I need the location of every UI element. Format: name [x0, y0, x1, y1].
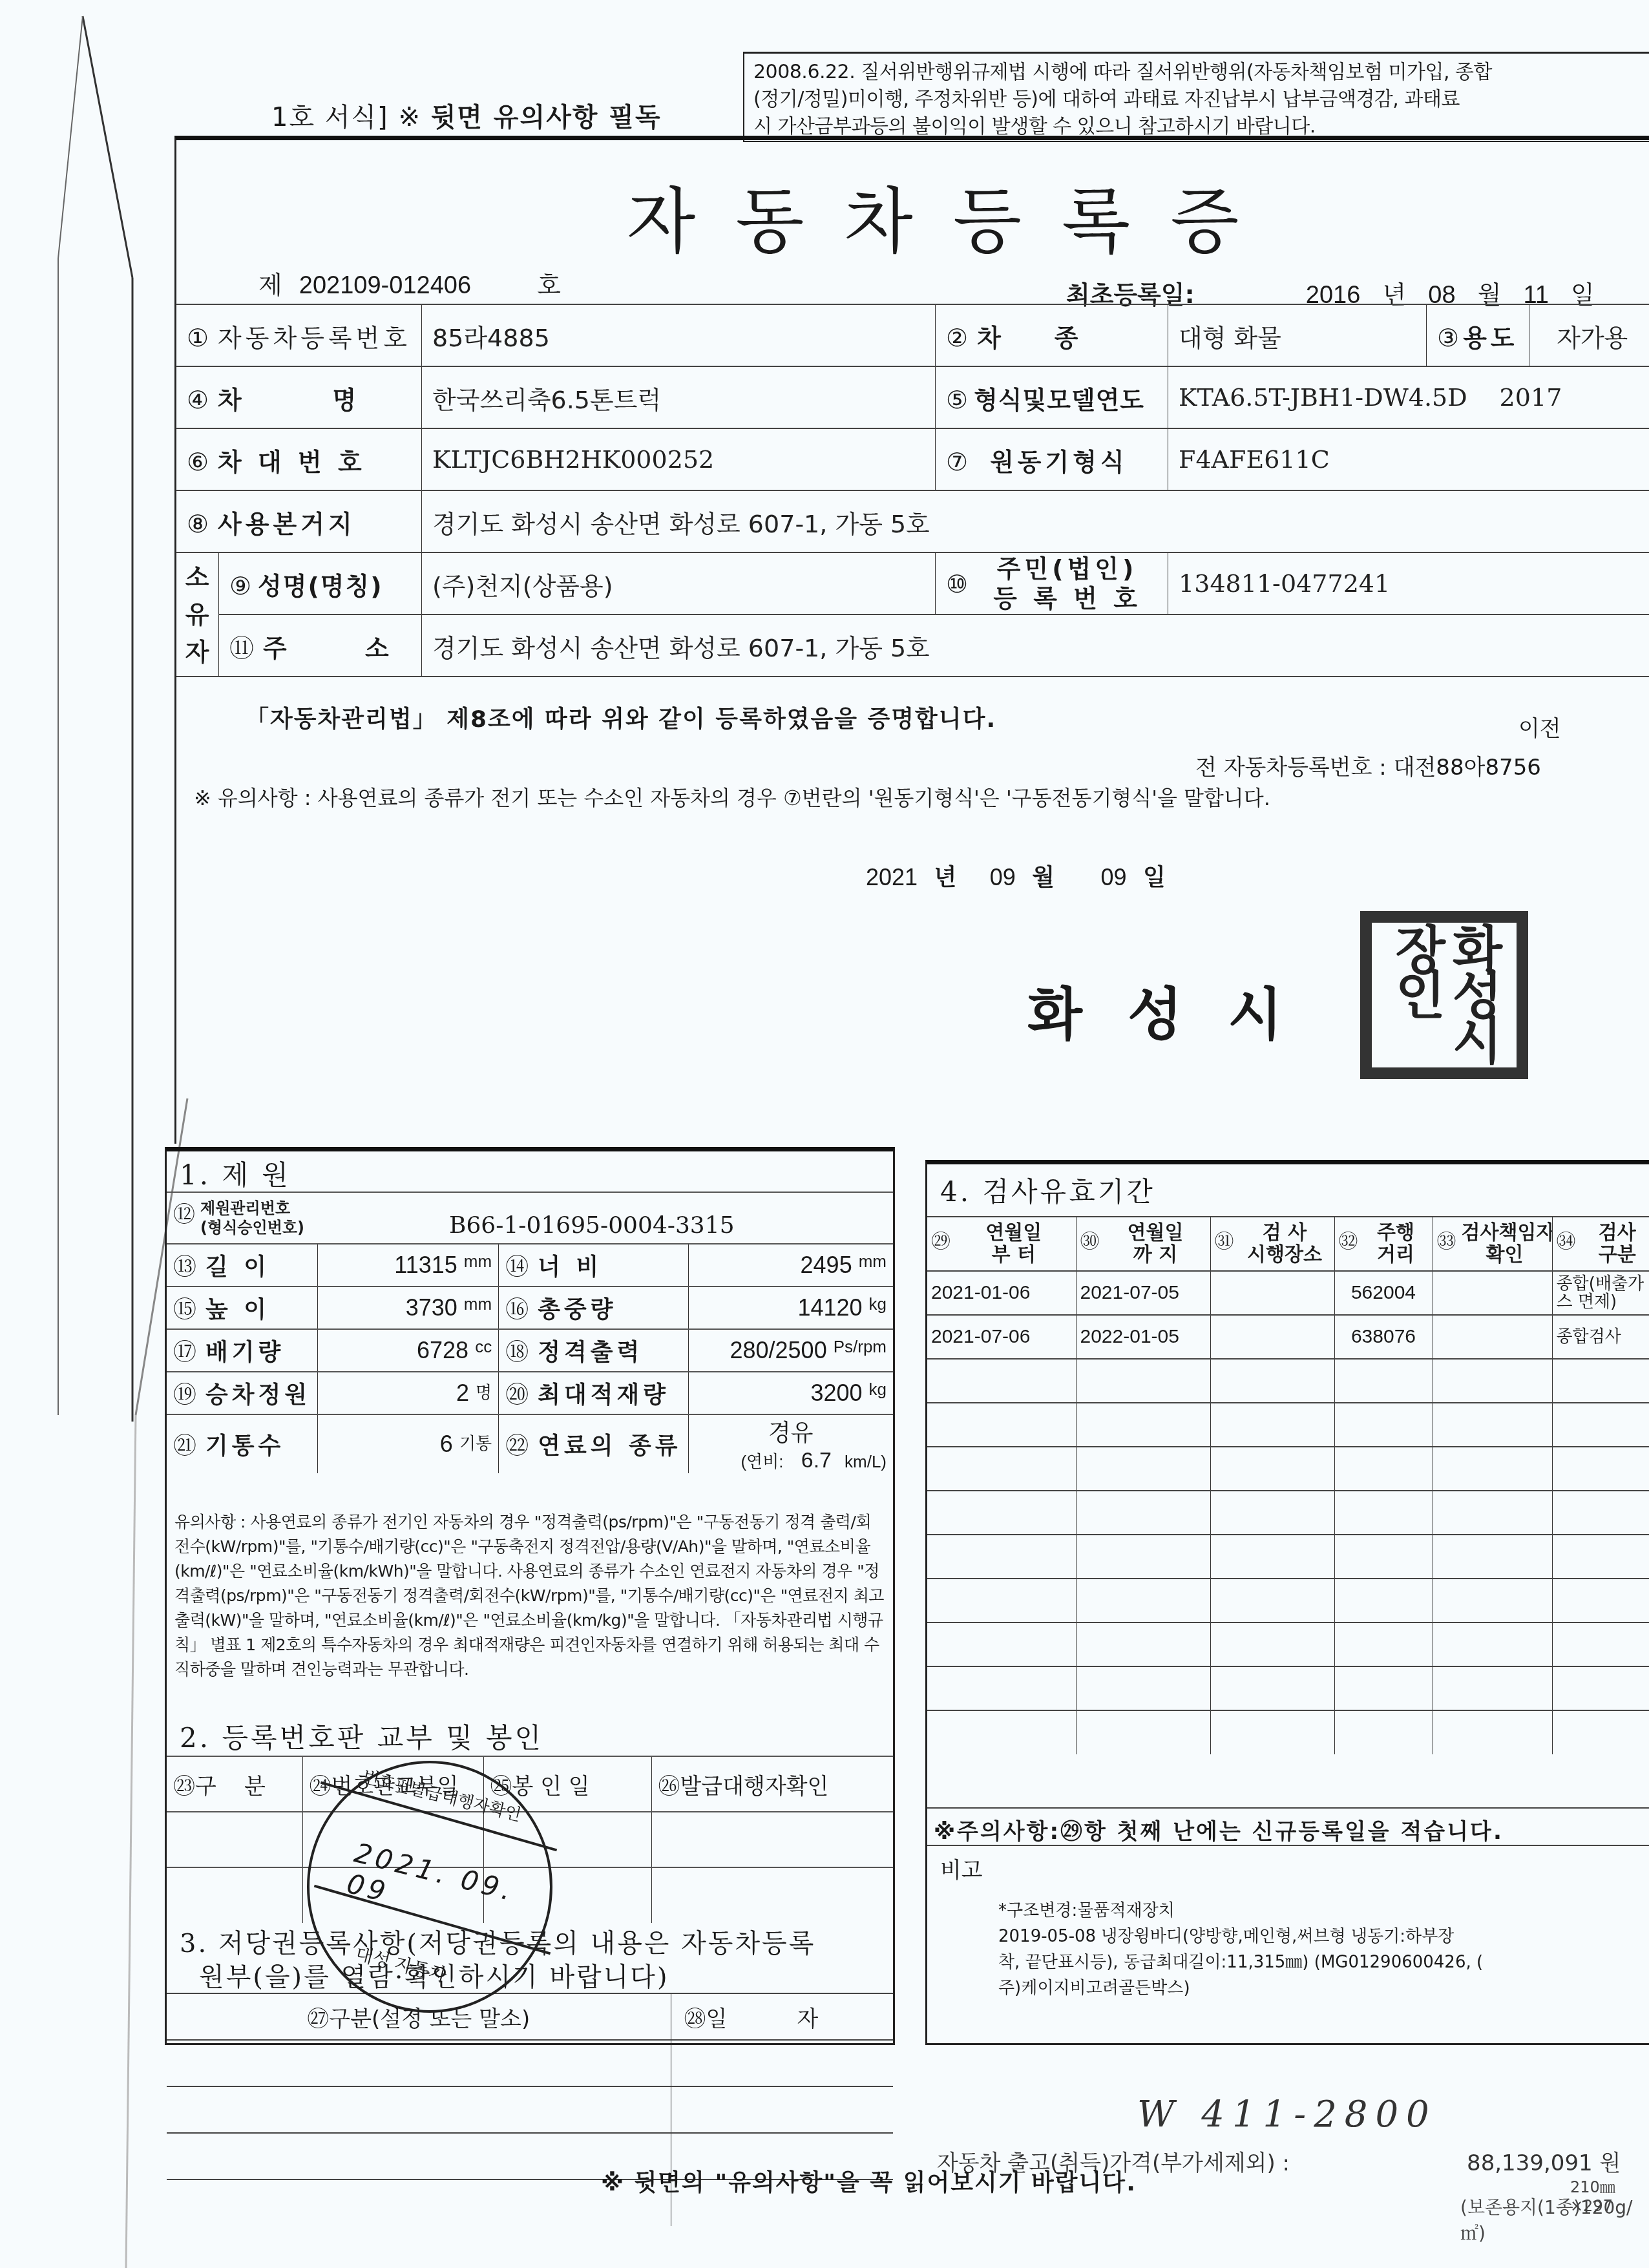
- fuel-notice: ※ 유의사항 : 사용연료의 종류가 전기 또는 수소인 자동차의 경우 ⑦번란…: [194, 782, 1270, 812]
- table-row: ⑧사용본거지 경기도 화성시 송산면 화성로 607-1, 가동 5호: [176, 490, 1649, 552]
- value-base-location: 경기도 화성시 송산면 화성로 607-1, 가동 5호: [422, 490, 1649, 552]
- table-row: ㉓구 분 ㉔번호판교부일 ㉕봉 인 일 ㉖발급대행자확인: [167, 1756, 893, 1812]
- remark-line: 착, 끝단표시등), 동급최대길이:11,315㎜) (MG0129060042…: [998, 1949, 1580, 1975]
- cell-from: 2021-01-06: [927, 1271, 1076, 1315]
- certificate-number: 제 202109-012406 호: [258, 265, 561, 300]
- cell-kind: 종합(배출가스 면제): [1552, 1271, 1649, 1315]
- remark-line: *구조변경:물품적재장치: [998, 1898, 1580, 1924]
- spec-label: ⑳최대적재량: [499, 1372, 688, 1414]
- cell-place: [1210, 1271, 1334, 1315]
- official-seal-icon: 화성시장인: [1360, 911, 1528, 1079]
- inspection-row-empty: [927, 1491, 1649, 1535]
- spec-table: ⑫제원관리번호(형식승인번호) B66-1-01695-0004-3315: [167, 1192, 893, 1243]
- cell-inspector: [1433, 1315, 1552, 1359]
- form-label-bold: 뒷면 유의사항 필독: [431, 103, 662, 132]
- label-engine: ⑦원동기형식: [936, 428, 1168, 490]
- inspection-row-empty: [927, 1666, 1649, 1710]
- issue-day: 09: [1101, 864, 1127, 890]
- label-usage: ③용도: [1427, 304, 1529, 366]
- remark-line: 주)케이지비고려골든박스): [998, 1975, 1580, 2001]
- table-row: ⑲승차정원2명⑳최대적재량3200kg: [167, 1372, 893, 1414]
- section-title: 3. 저당권등록사항(저당권등록의 내용은 자동차등록 원부(을)를 열람·확인…: [180, 1927, 815, 1994]
- inspection-row-empty: [927, 1447, 1649, 1491]
- issue-month: 09: [990, 864, 1016, 890]
- model-code: KTA6.5T-JBH1-DW4.5D: [1179, 383, 1467, 412]
- inspection-row-empty: [927, 1579, 1649, 1622]
- value-vehicle-name: 한국쓰리축6.5톤트럭: [422, 366, 936, 428]
- column-header: ㉚연월일까 지: [1076, 1217, 1210, 1271]
- reg-suffix: 호: [537, 271, 561, 299]
- cell-place: [1210, 1315, 1334, 1359]
- table-row: ⑫제원관리번호(형식승인번호) B66-1-01695-0004-3315: [167, 1192, 893, 1243]
- unit: 년: [934, 865, 957, 891]
- notice-line: 2008.6.22. 질서위반행위규제법 시행에 따라 질서위반행위(자동차책임…: [753, 59, 1649, 86]
- value-model-year: KTA6.5T-JBH1-DW4.5D2017: [1168, 366, 1649, 428]
- spec-value: 280/2500Ps/rpm: [688, 1329, 893, 1372]
- reg-number: 202109-012406: [299, 272, 471, 299]
- registration-table: ①자동차등록번호 85라4885 ②차 종 대형 화물 ③용도 자가용 ④차 명…: [176, 304, 1649, 677]
- label-vin: ⑥차 대 번 호: [176, 428, 422, 490]
- label-reg-no: ①자동차등록번호: [176, 304, 422, 366]
- section-title: 1. 제 원: [180, 1154, 291, 1193]
- value-engine: F4AFE611C: [1168, 428, 1649, 490]
- spec-value: 3200kg: [688, 1372, 893, 1414]
- value-reg-no: 85라4885: [422, 304, 936, 366]
- header-cell: ㉘일 자: [671, 1993, 893, 2040]
- value-usage: 자가용: [1529, 304, 1649, 366]
- spec-value: 2명: [318, 1372, 499, 1414]
- cell-mileage: 562004: [1334, 1271, 1433, 1315]
- value-owner-address: 경기도 화성시 송산면 화성로 607-1, 가동 5호: [422, 614, 1649, 677]
- value-owner-name: (주)천지(상품용): [422, 552, 936, 614]
- cell-to: 2022-01-05: [1076, 1315, 1210, 1359]
- previous-registration-number: 전 자동차등록번호 : 대전88아8756: [1195, 750, 1541, 781]
- table-row: ⑮높 이3730mm⑯총중량14120kg: [167, 1286, 893, 1329]
- section-inspection-validity: 4. 검사유효기간 ㉙연월일부 터㉚연월일까 지㉛검 사시행장소㉜주행거리㉝검사…: [925, 1160, 1649, 2045]
- unit: 월: [1032, 865, 1055, 891]
- factory-price-value: 88,139,091 원: [1467, 2145, 1621, 2177]
- table-row: 소유자 ⑨성명(명칭) (주)천지(상품용) ⑩주민(법인)등 록 번 호 13…: [176, 552, 1649, 614]
- table-header-row: ㉙연월일부 터㉚연월일까 지㉛검 사시행장소㉜주행거리㉝검사책임자확인㉞검사구분: [927, 1217, 1649, 1271]
- section3-title-line: 원부(을)를 열람·확인하시기 바랍니다): [180, 1960, 815, 1994]
- spec-label: ⑲승차정원: [167, 1372, 318, 1414]
- remarks-label: 비고: [940, 1853, 983, 1884]
- spec-grid: ⑬길 이11315mm⑭너 비2495mm⑮높 이3730mm⑯총중량14120…: [167, 1243, 893, 1473]
- section-title: 2. 등록번호판 교부 및 봉인: [180, 1717, 543, 1756]
- label-owner-id: ⑩주민(법인)등 록 번 호: [936, 552, 1168, 614]
- spec-label: ⑱정격출력: [499, 1329, 688, 1372]
- spec-label: ⑭너 비: [499, 1244, 688, 1286]
- label-base-location: ⑧사용본거지: [176, 490, 422, 552]
- label-owner-name: ⑨성명(명칭): [218, 552, 421, 614]
- form-label-prefix: 1호 서식] ※: [271, 103, 421, 132]
- spec-value: 11315mm: [318, 1244, 499, 1286]
- model-year: 2017: [1500, 383, 1562, 412]
- label-vehicle-name: ④차 명: [176, 366, 422, 428]
- spec-value: 6기통: [318, 1414, 499, 1473]
- cell-to: 2021-07-05: [1076, 1271, 1210, 1315]
- inspection-row-empty: [927, 1359, 1649, 1403]
- spec-label: ⑯총중량: [499, 1286, 688, 1329]
- table-row: ⑪주 소 경기도 화성시 송산면 화성로 607-1, 가동 5호: [176, 614, 1649, 677]
- inspection-notice: ※주의사항:㉙항 첫째 난에는 신규등록일을 적습니다.: [927, 1807, 1649, 1846]
- spec-value: 6728cc: [318, 1329, 499, 1372]
- inspection-row-empty: [927, 1622, 1649, 1666]
- issue-year: 2021: [866, 864, 918, 890]
- label-spec-id: ⑫제원관리번호(형식승인번호): [167, 1192, 346, 1243]
- header-cell: ㉗구분(설정 또는 말소): [167, 1993, 671, 2040]
- table-row: ⑰배기량6728cc⑱정격출력280/2500Ps/rpm: [167, 1329, 893, 1372]
- table-row: [167, 1812, 893, 1867]
- value-spec-id: B66-1-01695-0004-3315: [346, 1192, 893, 1243]
- spec-label: ⑰배기량: [167, 1329, 318, 1372]
- column-header: ㉜주행거리: [1334, 1217, 1433, 1271]
- footer-notice: ※ 뒷면의 "유의사항"을 꼭 읽어보시기 바랍니다.: [601, 2165, 1137, 2198]
- owner-group-label: 소유자: [176, 552, 219, 677]
- cell-kind: 종합검사: [1552, 1315, 1649, 1359]
- issuer-name: 화성시: [1027, 969, 1328, 1051]
- header-cell: ㉓구 분: [167, 1756, 302, 1812]
- column-header: ㉙연월일부 터: [927, 1217, 1076, 1271]
- table-row: [167, 2040, 893, 2086]
- cell-from: 2021-07-06: [927, 1315, 1076, 1359]
- spec-value: 14120kg: [688, 1286, 893, 1329]
- table-row: ㉗구분(설정 또는 말소) ㉘일 자: [167, 1993, 893, 2040]
- spec-value: 경유(연비: 6.7km/L): [688, 1414, 893, 1473]
- document-title: 자동차등록증: [627, 165, 1279, 267]
- certification-statement: 「자동차관리법」 제8조에 따라 위와 같이 등록하였음을 증명합니다.: [246, 701, 996, 734]
- transfer-label: 이전: [1518, 711, 1561, 742]
- label-vehicle-type: ②차 종: [936, 304, 1168, 366]
- column-header: ㉞검사구분: [1552, 1217, 1649, 1271]
- plate-seal-table: ㉓구 분 ㉔번호판교부일 ㉕봉 인 일 ㉖발급대행자확인: [167, 1756, 893, 1923]
- header-cell: ㉖발급대행자확인: [651, 1756, 893, 1812]
- spec-label: ⑮높 이: [167, 1286, 318, 1329]
- penalty-notice-box: 2008.6.22. 질서위반행위규제법 시행에 따라 질서위반행위(자동차책임…: [743, 52, 1649, 142]
- value-owner-id: 134811-0477241: [1168, 552, 1649, 614]
- paper-type: (보존용지(1종)120g/㎡): [1460, 2194, 1649, 2245]
- inspection-row: 2021-07-062022-01-05638076종합검사: [927, 1315, 1649, 1359]
- header-cell: ㉕봉 인 일: [483, 1756, 651, 1812]
- table-row: ⑬길 이11315mm⑭너 비2495mm: [167, 1244, 893, 1286]
- inspection-row: 2021-01-062021-07-05562004종합(배출가스 면제): [927, 1271, 1649, 1315]
- section-specifications: 1. 제 원 ⑫제원관리번호(형식승인번호) B66-1-01695-0004-…: [165, 1147, 895, 2045]
- value-vehicle-type: 대형 화물: [1168, 304, 1427, 366]
- column-header: ㉛검 사시행장소: [1210, 1217, 1334, 1271]
- spec-label: ㉑기통수: [167, 1414, 318, 1473]
- table-row: ①자동차등록번호 85라4885 ②차 종 대형 화물 ③용도 자가용: [176, 304, 1649, 366]
- issue-date: 2021 년 09 월 09 일: [866, 859, 1166, 892]
- table-row: ⑥차 대 번 호 KLTJC6BH2HK000252 ⑦원동기형식 F4AFE6…: [176, 428, 1649, 490]
- value-vin: KLTJC6BH2HK000252: [422, 428, 936, 490]
- form-label: 1호 서식] ※ 뒷면 유의사항 필독: [271, 97, 662, 134]
- spec-label: ㉒연료의 종류: [499, 1414, 688, 1473]
- notice-line: (정기/정밀)미이행, 주정차위반 등)에 대하여 과태료 자진납부시 납부금액…: [753, 86, 1649, 113]
- header-cell: ㉔번호판교부일: [302, 1756, 483, 1812]
- spec-value: 3730mm: [318, 1286, 499, 1329]
- inspection-row-empty: [927, 1403, 1649, 1447]
- remarks-body: *구조변경:물품적재장치 2019-05-08 냉장윙바디(양방향,메인형,써브…: [998, 1898, 1580, 2001]
- label-owner-address: ⑪주 소: [218, 614, 421, 677]
- section3-title-line: 3. 저당권등록사항(저당권등록의 내용은 자동차등록: [180, 1927, 815, 1960]
- table-row: ④차 명 한국쓰리축6.5톤트럭 ⑤형식및모델연도 KTA6.5T-JBH1-D…: [176, 366, 1649, 428]
- cell-mileage: 638076: [1334, 1315, 1433, 1359]
- handwritten-note: W 411-2800: [1137, 2094, 1437, 2136]
- table-row: ㉑기통수6기통㉒연료의 종류경유(연비: 6.7km/L): [167, 1414, 893, 1473]
- label-model-year: ⑤형식및모델연도: [936, 366, 1168, 428]
- spec-label: ⑬길 이: [167, 1244, 318, 1286]
- inspection-table: ㉙연월일부 터㉚연월일까 지㉛검 사시행장소㉜주행거리㉝검사책임자확인㉞검사구분…: [927, 1216, 1649, 1754]
- section-title: 4. 검사유효기간: [940, 1171, 1155, 1210]
- cell-inspector: [1433, 1271, 1552, 1315]
- unit: 일: [1143, 865, 1166, 891]
- remark-line: 2019-05-08 냉장윙바디(양방향,메인형,써브형 냉동기:하부장: [998, 1924, 1580, 1949]
- spec-value: 2495mm: [688, 1244, 893, 1286]
- inspection-row-empty: [927, 1710, 1649, 1754]
- reg-prefix: 제: [258, 271, 282, 299]
- table-row: [167, 1867, 893, 1923]
- inspection-row-empty: [927, 1535, 1649, 1579]
- column-header: ㉝검사책임자확인: [1433, 1217, 1552, 1271]
- spec-notice: 유의사항 : 사용연료의 종류가 전기인 자동차의 경우 "정격출력(ps/rp…: [174, 1510, 885, 1682]
- table-row: [167, 2086, 893, 2133]
